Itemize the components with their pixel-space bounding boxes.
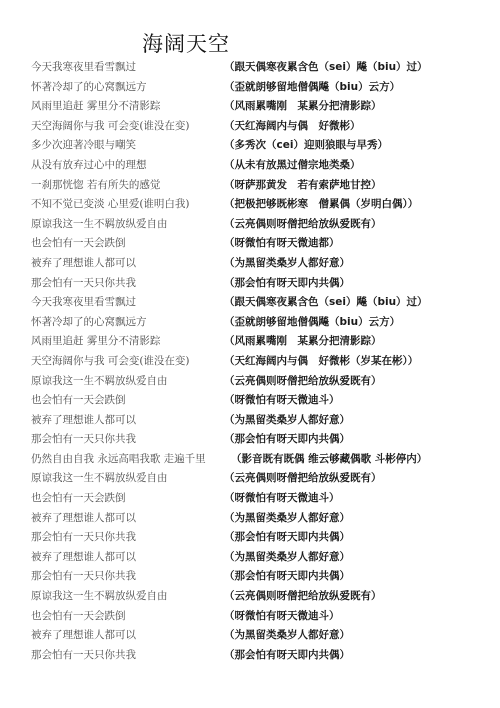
lyric-original: 被弃了理想谁人都可以 [31, 254, 136, 274]
lyric-row: 一刹那恍惚 若有所失的感觉 （呀萨那黄发 若有索萨地甘控） [31, 176, 491, 196]
lyric-row: 被弃了理想谁人都可以 （为黑留类桑岁人都好意） [31, 626, 491, 646]
lyric-pronunciation: （跟天偶寒夜累含色（sei）飚（biu）过） [224, 58, 428, 78]
lyric-original: 原谅我这一生不羁放纵爱自由 [31, 587, 168, 607]
lyric-pronunciation: （呀微怕有呀天微迪斗） [224, 391, 340, 411]
lyric-original: 那会怕有一天只你共我 [31, 528, 136, 548]
lyric-row: 被弃了理想谁人都可以 （为黑留类桑岁人都好意） [31, 411, 491, 431]
lyric-original: 一刹那恍惚 若有所失的感觉 [31, 176, 160, 196]
lyric-row: 怀著冷却了的心窝飘远方 （歪就朗够留地僧偶飚（biu）云方） [31, 313, 491, 333]
lyric-original: 风雨里追赶 雾里分不清影踪 [31, 332, 160, 352]
lyric-original: 仍然自由自我 永远高唱我歌 走遍千里 [31, 450, 206, 470]
lyric-row: 也会怕有一天会跌倒 （呀微怕有呀天微迪都） [31, 234, 491, 254]
lyric-pronunciation: （跟天偶寒夜累含色（sei）飚（biu）过） [224, 293, 428, 313]
lyric-row: 多少次迎著冷眼与嘲笑 （多秀次（cei）迎则狼眼与早秀） [31, 136, 491, 156]
lyric-original: 被弃了理想谁人都可以 [31, 626, 136, 646]
lyric-original: 那会怕有一天只你共我 [31, 567, 136, 587]
lyric-row: 那会怕有一天只你共我 （那会怕有呀天即内共偶） [31, 567, 491, 587]
lyric-original: 原谅我这一生不羁放纵爱自由 [31, 469, 168, 489]
lyric-pronunciation: （从未有放黑过僧宗地类桑） [224, 156, 361, 176]
lyric-original: 风雨里追赶 雾里分不清影踪 [31, 97, 160, 117]
lyric-original: 原谅我这一生不羁放纵爱自由 [31, 372, 168, 392]
lyric-row: 原谅我这一生不羁放纵爱自由 （云亮偶则呀僧把给放纵爱既有） [31, 469, 491, 489]
lyric-pronunciation: （为黑留类桑岁人都好意） [224, 509, 350, 529]
lyric-row: 被弃了理想谁人都可以 （为黑留类桑岁人都好意） [31, 509, 491, 529]
lyric-original: 不知不觉已变淡 心里爱(谁明白我) [31, 195, 190, 215]
lyric-pronunciation: （云亮偶则呀僧把给放纵爱既有） [224, 587, 382, 607]
lyrics-page: 海阔天空 今天我寒夜里看雪飘过 （跟天偶寒夜累含色（sei）飚（biu）过） 怀… [0, 0, 500, 708]
lyric-row: 天空海阔你与我 可会变(谁没在变) （天红海阔内与偶 好微彬（岁某在彬）） [31, 352, 491, 372]
lyric-row: 仍然自由自我 永远高唱我歌 走遍千里 （影音既有既偶 维云够藏偶歌 斗彬停内） [31, 450, 491, 470]
lyric-pronunciation: （那会怕有呀天即内共偶） [224, 528, 350, 548]
lyric-pronunciation: （呀微怕有呀天微迪都） [224, 234, 340, 254]
lyric-pronunciation: （歪就朗够留地僧偶飚（biu）云方） [224, 78, 400, 98]
lyric-row: 原谅我这一生不羁放纵爱自由 （云亮偶则呀僧把给放纵爱既有） [31, 215, 491, 235]
lyric-pronunciation: （呀萨那黄发 若有索萨地甘控） [224, 176, 382, 196]
lyric-original: 被弃了理想谁人都可以 [31, 411, 136, 431]
lyric-pronunciation: （多秀次（cei）迎则狼眼与早秀） [224, 136, 388, 156]
lyric-original: 被弃了理想谁人都可以 [31, 509, 136, 529]
lyric-row: 怀著冷却了的心窝飘远方 （歪就朗够留地僧偶飚（biu）云方） [31, 78, 491, 98]
lyric-row: 今天我寒夜里看雪飘过 （跟天偶寒夜累含色（sei）飚（biu）过） [31, 58, 491, 78]
lyric-pronunciation: （云亮偶则呀僧把给放纵爱既有） [224, 215, 382, 235]
lyric-pronunciation: （那会怕有呀天即内共偶） [224, 567, 350, 587]
lyric-original: 也会怕有一天会跌倒 [31, 234, 126, 254]
lyric-original: 被弃了理想谁人都可以 [31, 548, 136, 568]
lyric-original: 也会怕有一天会跌倒 [31, 607, 126, 627]
lyric-row: 也会怕有一天会跌倒 （呀微怕有呀天微迪斗） [31, 391, 491, 411]
lyric-row: 风雨里追赶 雾里分不清影踪 （风雨累嘴刚 某累分把清影踪） [31, 97, 491, 117]
lyric-pronunciation: （云亮偶则呀僧把给放纵爱既有） [224, 372, 382, 392]
lyric-row: 也会怕有一天会跌倒 （呀微怕有呀天微迪斗） [31, 607, 491, 627]
lyric-original: 天空海阔你与我 可会变(谁没在变) [31, 352, 190, 372]
lyric-pronunciation: （那会怕有呀天即内共偶） [224, 646, 350, 666]
lyric-original: 怀著冷却了的心窝飘远方 [31, 78, 147, 98]
lyric-pronunciation: （云亮偶则呀僧把给放纵爱既有） [224, 469, 382, 489]
song-title: 海阔天空 [142, 31, 230, 57]
lyric-row: 天空海阔你与我 可会变(谁没在变) （天红海阔内与偶 好微彬） [31, 117, 491, 137]
lyric-row: 今天我寒夜里看雪飘过 （跟天偶寒夜累含色（sei）飚（biu）过） [31, 293, 491, 313]
lyric-row: 从没有放弃过心中的理想 （从未有放黑过僧宗地类桑） [31, 156, 491, 176]
lyric-original: 今天我寒夜里看雪飘过 [31, 293, 136, 313]
lyric-row: 那会怕有一天只你共我 （那会怕有呀天即内共偶） [31, 274, 491, 294]
lyric-pronunciation: （风雨累嘴刚 某累分把清影踪） [224, 332, 382, 352]
lyric-pronunciation: （为黑留类桑岁人都好意） [224, 626, 350, 646]
lyric-original: 那会怕有一天只你共我 [31, 430, 136, 450]
lyric-original: 原谅我这一生不羁放纵爱自由 [31, 215, 168, 235]
lyric-original: 也会怕有一天会跌倒 [31, 489, 126, 509]
lyrics-list: 今天我寒夜里看雪飘过 （跟天偶寒夜累含色（sei）飚（biu）过） 怀著冷却了的… [31, 58, 491, 665]
lyric-pronunciation: （呀微怕有呀天微迪斗） [224, 607, 340, 627]
lyric-pronunciation: （为黑留类桑岁人都好意） [224, 411, 350, 431]
lyric-original: 也会怕有一天会跌倒 [31, 391, 126, 411]
lyric-row: 风雨里追赶 雾里分不清影踪 （风雨累嘴刚 某累分把清影踪） [31, 332, 491, 352]
lyric-original: 那会怕有一天只你共我 [31, 646, 136, 666]
lyric-row: 也会怕有一天会跌倒 （呀微怕有呀天微迪斗） [31, 489, 491, 509]
lyric-pronunciation: （天红海阔内与偶 好微彬（岁某在彬）） [224, 352, 418, 372]
lyric-original: 今天我寒夜里看雪飘过 [31, 58, 136, 78]
lyric-pronunciation: （歪就朗够留地僧偶飚（biu）云方） [224, 313, 400, 333]
lyric-pronunciation: （风雨累嘴刚 某累分把清影踪） [224, 97, 382, 117]
lyric-pronunciation: （把极把够既彬寒 僧累偶（岁明白偶）） [224, 195, 418, 215]
lyric-row: 被弃了理想谁人都可以 （为黑留类桑岁人都好意） [31, 254, 491, 274]
lyric-pronunciation: （那会怕有呀天即内共偶） [224, 430, 350, 450]
lyric-pronunciation: （呀微怕有呀天微迪斗） [224, 489, 340, 509]
lyric-row: 那会怕有一天只你共我 （那会怕有呀天即内共偶） [31, 430, 491, 450]
lyric-original: 怀著冷却了的心窝飘远方 [31, 313, 147, 333]
lyric-row: 那会怕有一天只你共我 （那会怕有呀天即内共偶） [31, 528, 491, 548]
lyric-pronunciation: （影音既有既偶 维云够藏偶歌 斗彬停内） [231, 450, 427, 470]
lyric-original: 从没有放弃过心中的理想 [31, 156, 147, 176]
lyric-row: 不知不觉已变淡 心里爱(谁明白我) （把极把够既彬寒 僧累偶（岁明白偶）） [31, 195, 491, 215]
lyric-row: 被弃了理想谁人都可以 （为黑留类桑岁人都好意） [31, 548, 491, 568]
lyric-row: 那会怕有一天只你共我 （那会怕有呀天即内共偶） [31, 646, 491, 666]
lyric-pronunciation: （那会怕有呀天即内共偶） [224, 274, 350, 294]
lyric-original: 多少次迎著冷眼与嘲笑 [31, 136, 136, 156]
lyric-original: 天空海阔你与我 可会变(谁没在变) [31, 117, 190, 137]
lyric-pronunciation: （天红海阔内与偶 好微彬） [224, 117, 361, 137]
lyric-pronunciation: （为黑留类桑岁人都好意） [224, 254, 350, 274]
lyric-pronunciation: （为黑留类桑岁人都好意） [224, 548, 350, 568]
lyric-row: 原谅我这一生不羁放纵爱自由 （云亮偶则呀僧把给放纵爱既有） [31, 587, 491, 607]
lyric-row: 原谅我这一生不羁放纵爱自由 （云亮偶则呀僧把给放纵爱既有） [31, 372, 491, 392]
lyric-original: 那会怕有一天只你共我 [31, 274, 136, 294]
